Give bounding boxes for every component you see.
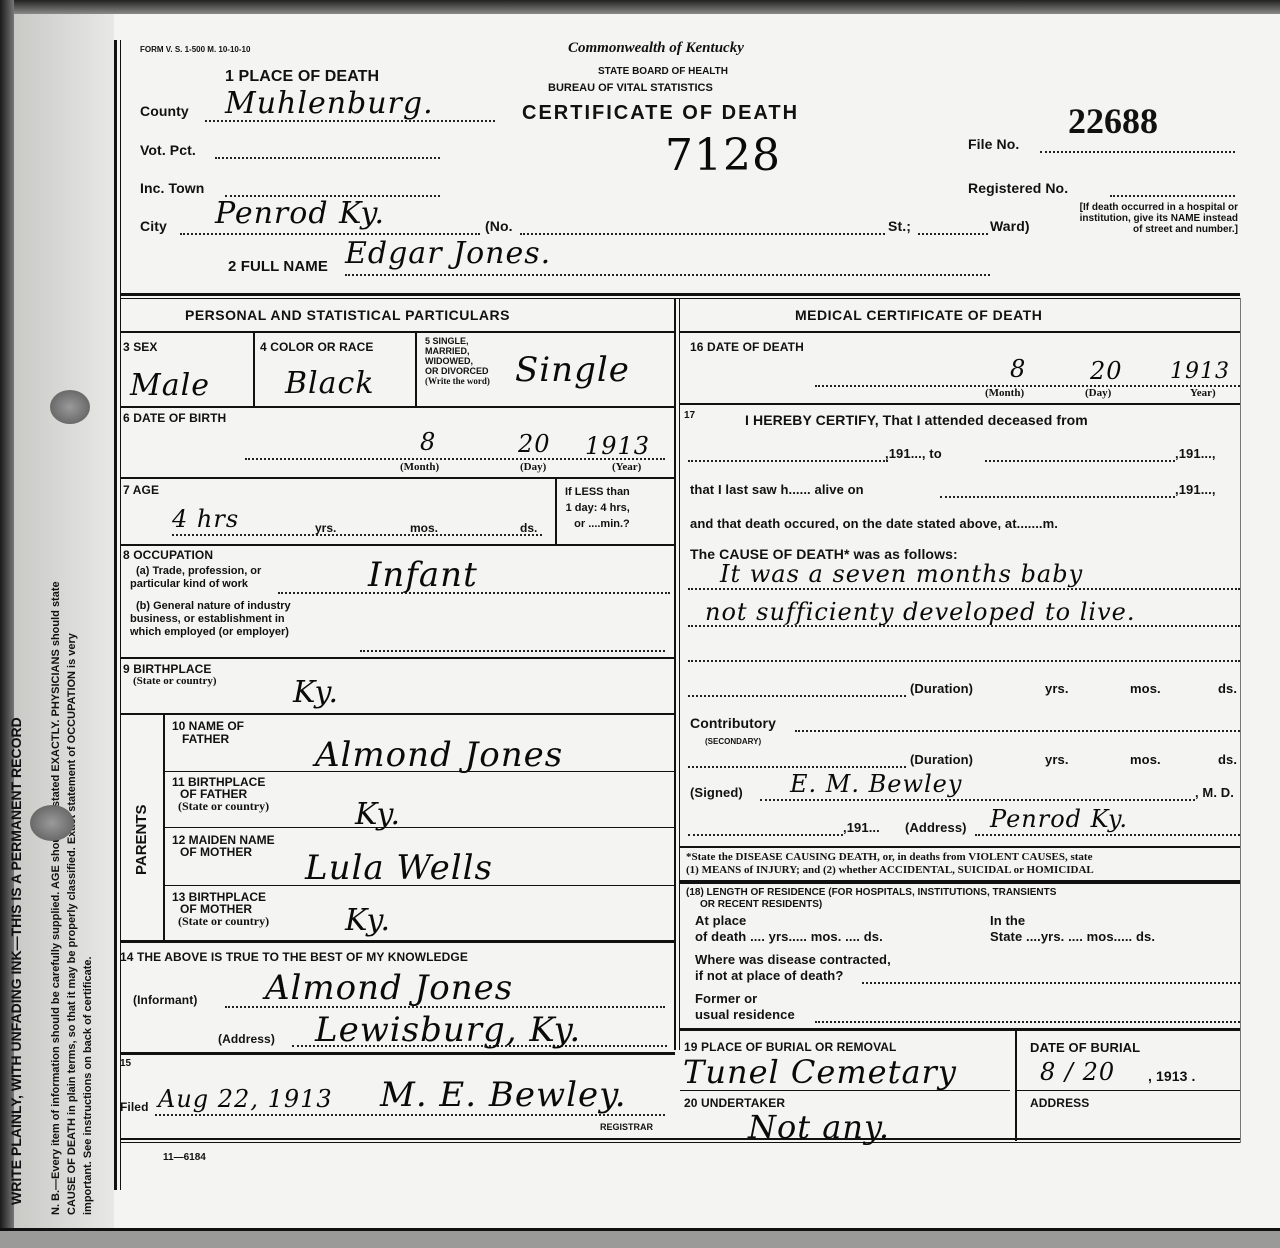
informant-value: Almond Jones	[265, 968, 513, 1008]
rule	[120, 1052, 675, 1055]
full-name-label: 2 FULL NAME	[228, 258, 328, 275]
sex-label: 3 SEX	[123, 340, 158, 354]
dob-month: 8	[420, 428, 436, 456]
punch-hole	[50, 390, 90, 424]
age-mos: mos.	[410, 523, 438, 534]
duration-label-1: (Duration)	[910, 681, 973, 696]
occupation-value: Infant	[368, 555, 478, 595]
margin-instruction-3: important. See instructions on back of c…	[82, 956, 94, 1215]
county-label: County	[140, 103, 189, 119]
signed-line	[760, 799, 1195, 801]
city-label: City	[140, 218, 167, 234]
in-state-label: In the State ....yrs. .... mos..... ds.	[990, 913, 1155, 945]
dod-month: 8	[1010, 355, 1026, 383]
rule	[680, 403, 1240, 405]
md-label: , M. D.	[1195, 785, 1234, 800]
filed-label: Filed	[120, 1100, 149, 1114]
footer-code: 11—6184	[163, 1152, 206, 1163]
certify-line-2a: ,191..., to	[885, 446, 942, 461]
cause-line-3	[688, 660, 1240, 662]
burial-label: 19 PLACE OF BURIAL OR REMOVAL	[684, 1040, 896, 1054]
rule	[680, 846, 1240, 848]
rule	[680, 1028, 1240, 1031]
duration-line-2	[688, 766, 906, 768]
rule	[120, 331, 675, 333]
dob-year: 1913	[585, 432, 650, 460]
rule	[120, 1142, 1240, 1143]
occupation-b-label: (b) General nature of industry business,…	[130, 600, 291, 639]
dod-day-caption: (Day)	[1085, 388, 1111, 399]
footnote-line-2: (1) MEANS of INJURY; and (2) whether ACC…	[686, 865, 1094, 876]
certify-line-3b: ,191...,	[1175, 482, 1216, 497]
last-seen-line	[940, 496, 1175, 498]
dob-year-caption: (Year)	[612, 462, 641, 473]
duration-mos-1: mos.	[1130, 681, 1161, 696]
father-label: 10 NAME OF FATHER	[172, 720, 244, 746]
residence-label-2: OR RECENT RESIDENTS)	[700, 899, 822, 910]
form-border-left	[114, 40, 117, 1190]
punch-hole	[30, 805, 74, 841]
medical-section-title: MEDICAL CERTIFICATE OF DEATH	[795, 307, 1042, 323]
race-value: Black	[285, 366, 375, 401]
ward-line	[918, 233, 988, 235]
dod-year: 1913	[1170, 359, 1230, 384]
contracted-label: Where was disease contracted, if not at …	[695, 952, 891, 984]
personal-section-title: PERSONAL AND STATISTICAL PARTICULARS	[185, 307, 510, 323]
signed-label: (Signed)	[690, 785, 743, 800]
father-value: Almond Jones	[315, 735, 563, 775]
county-value: Muhlenburg.	[225, 86, 434, 121]
attended-to-line	[985, 460, 1175, 462]
certify-line-3a: that I last saw h...... alive on	[690, 482, 864, 497]
former-residence-label: Former or usual residence	[695, 991, 795, 1023]
age-line	[172, 534, 542, 536]
sex-value: Male	[130, 368, 210, 403]
rule	[120, 713, 675, 715]
rule	[1015, 1031, 1017, 1141]
center-divider	[674, 298, 676, 1050]
burial-date-label: DATE OF BURIAL	[1030, 1040, 1140, 1055]
marital-value: Single	[515, 350, 630, 390]
handwritten-number: 7128	[665, 130, 781, 181]
signed-date: ,191...	[843, 820, 880, 835]
race-label: 4 COLOR OR RACE	[260, 340, 374, 354]
age-value: 4 hrs	[172, 505, 239, 533]
duration-mos-2: mos.	[1130, 752, 1161, 767]
registered-number-line	[1110, 195, 1235, 197]
mother-birthplace-value: Ky.	[345, 903, 391, 938]
informant-heading: 14 THE ABOVE IS TRUE TO THE BEST OF MY K…	[120, 950, 468, 964]
contributory-line	[795, 730, 1240, 732]
hospital-note: [If death occurred in a hospital or inst…	[1073, 202, 1238, 235]
scan-edge-top	[0, 0, 1280, 14]
registrar-signature: M. E. Bewley.	[380, 1075, 627, 1115]
place-of-death-label: 1 PLACE OF DEATH	[225, 68, 379, 86]
duration-label-2: (Duration)	[910, 752, 973, 767]
form-border-left-inner	[120, 40, 121, 1190]
dob-day: 20	[518, 430, 551, 458]
margin-instruction-1: N. B.—Every item of information should b…	[50, 581, 62, 1215]
filed-value: Aug 22, 1913	[158, 1085, 333, 1113]
rule	[415, 333, 417, 408]
informant-address-value: Lewisburg, Ky.	[315, 1010, 581, 1050]
rule	[120, 657, 675, 659]
margin-warning: WRITE PLAINLY, WITH UNFADING INK—THIS IS…	[8, 717, 24, 1205]
attended-from-line	[688, 460, 888, 462]
age-yrs: yrs.	[315, 523, 336, 534]
mother-label: 12 MAIDEN NAME OF MOTHER	[172, 834, 275, 858]
dod-year-caption: Year)	[1190, 388, 1216, 399]
rule	[120, 406, 675, 408]
cause-line-1	[688, 588, 1240, 590]
birthplace-sublabel: (State or country)	[133, 676, 217, 687]
full-name-line	[345, 274, 990, 276]
margin-strip	[14, 14, 114, 1228]
doctor-address-value: Penrod Ky.	[990, 805, 1128, 833]
file-number-label: File No.	[968, 136, 1019, 152]
item-17: 17	[684, 410, 695, 421]
rule	[680, 880, 1240, 884]
rule	[555, 479, 557, 544]
board-title: STATE BOARD OF HEALTH	[598, 66, 728, 77]
parents-label: PARENTS	[133, 804, 150, 875]
bureau-title: BUREAU OF VITAL STATISTICS	[548, 83, 713, 94]
inc-town-label: Inc. Town	[140, 180, 204, 196]
item-15: 15	[120, 1058, 131, 1069]
burial-value: Tunel Cemetary	[683, 1053, 957, 1091]
form-border-right	[1240, 298, 1241, 1143]
age-label: 7 AGE	[123, 483, 159, 497]
rule	[1017, 1090, 1240, 1091]
center-divider-2	[679, 298, 680, 1050]
duration-yrs-1: yrs.	[1045, 681, 1069, 696]
cause-value-1: It was a seven months baby	[720, 560, 1083, 588]
header-rule-2	[120, 298, 1240, 299]
rule	[680, 331, 1240, 333]
footnote-line-1: *State the DISEASE CAUSING DEATH, or, in…	[686, 852, 1092, 863]
city-value: Penrod Ky.	[215, 196, 385, 231]
less-than-day: If LESS than 1 day: 4 hrs, or ....min.?	[565, 484, 630, 532]
mother-birthplace-label: 13 BIRTHPLACE OF MOTHER (State or countr…	[172, 891, 269, 927]
registered-number-label: Registered No.	[968, 180, 1068, 196]
rule	[165, 885, 675, 886]
undertaker-value: Not any.	[748, 1108, 890, 1146]
form-number: FORM V. S. 1-500 M. 10-10-10	[140, 45, 250, 54]
occupation-b-line	[360, 650, 665, 652]
rule	[253, 333, 255, 408]
doctor-address-line	[975, 834, 1240, 836]
file-number-line	[1040, 151, 1235, 153]
informant-address-label: (Address)	[218, 1032, 275, 1046]
duration-ds-2: ds.	[1218, 752, 1237, 767]
rule	[120, 1138, 1240, 1140]
certify-line-4: and that death occured, on the date stat…	[690, 516, 1058, 531]
margin-instruction-2: CAUSE OF DEATH in plain terms, so that i…	[66, 633, 78, 1215]
at-place-label: At place of death .... yrs..... mos. ...…	[695, 913, 883, 945]
full-name-value: Edgar Jones.	[345, 236, 551, 271]
rule	[680, 1090, 1010, 1091]
rule	[165, 771, 675, 772]
vot-pct-line	[215, 157, 440, 159]
dob-day-caption: (Day)	[520, 462, 546, 473]
cause-value-2: not sufficienty developed to live.	[705, 598, 1135, 626]
scan-edge-bottom	[0, 1228, 1280, 1248]
age-ds: ds.	[520, 523, 537, 534]
city-line	[180, 233, 480, 235]
dod-label: 16 DATE OF DEATH	[690, 340, 804, 354]
certificate-title: CERTIFICATE OF DEATH	[522, 102, 799, 125]
dob-month-caption: (Month)	[400, 462, 439, 473]
certify-line-1: I HEREBY CERTIFY, That I attended deceas…	[745, 412, 1088, 428]
contracted-line	[862, 982, 1240, 984]
dob-label: 6 DATE OF BIRTH	[123, 411, 226, 425]
residence-label: (18) LENGTH OF RESIDENCE (FOR HOSPITALS,…	[686, 887, 1056, 898]
registrar-label: REGISTRAR	[600, 1122, 653, 1132]
duration-ds-1: ds.	[1218, 681, 1237, 696]
father-birthplace-label: 11 BIRTHPLACE OF FATHER (State or countr…	[172, 776, 269, 812]
street-label: St.;	[888, 218, 911, 234]
duration-yrs-2: yrs.	[1045, 752, 1069, 767]
street-no-label: (No.	[485, 218, 513, 234]
rule	[165, 827, 675, 828]
file-number-value: 22688	[1068, 100, 1158, 142]
rule	[120, 477, 675, 479]
secondary-label: (SECONDARY)	[705, 737, 761, 746]
doctor-address-label: (Address)	[905, 820, 967, 835]
dod-line	[815, 385, 1240, 387]
rule	[120, 940, 675, 943]
rule	[120, 544, 675, 546]
street-line	[520, 233, 885, 235]
birthplace-label: 9 BIRTHPLACE	[123, 662, 212, 676]
marital-label: 5 SINGLE, MARRIED, WIDOWED, OR DIVORCED …	[425, 336, 490, 386]
informant-label: (Informant)	[133, 993, 197, 1007]
dod-month-caption: (Month)	[985, 388, 1024, 399]
ward-label: Ward)	[990, 218, 1030, 234]
former-residence-line	[815, 1021, 1240, 1023]
dod-day: 20	[1090, 357, 1123, 385]
signed-date-line	[688, 834, 843, 836]
signed-value: E. M. Bewley	[790, 770, 962, 798]
mother-value: Lula Wells	[305, 848, 493, 888]
duration-line-1	[688, 695, 906, 697]
header-rule	[120, 293, 1240, 296]
occupation-label: 8 OCCUPATION	[123, 548, 213, 562]
burial-date-value: 8 / 20	[1040, 1058, 1115, 1086]
undertaker-address-label: ADDRESS	[1030, 1096, 1089, 1110]
commonwealth-title: Commonwealth of Kentucky	[568, 40, 744, 57]
contributory-label: Contributory	[690, 715, 776, 731]
birthplace-value: Ky.	[293, 675, 339, 710]
certify-line-2b: ,191...,	[1175, 446, 1216, 461]
burial-year: , 1913 .	[1148, 1068, 1196, 1084]
vot-pct-label: Vot. Pct.	[140, 142, 196, 158]
occupation-a-label: (a) Trade, profession, or particular kin…	[130, 565, 261, 591]
